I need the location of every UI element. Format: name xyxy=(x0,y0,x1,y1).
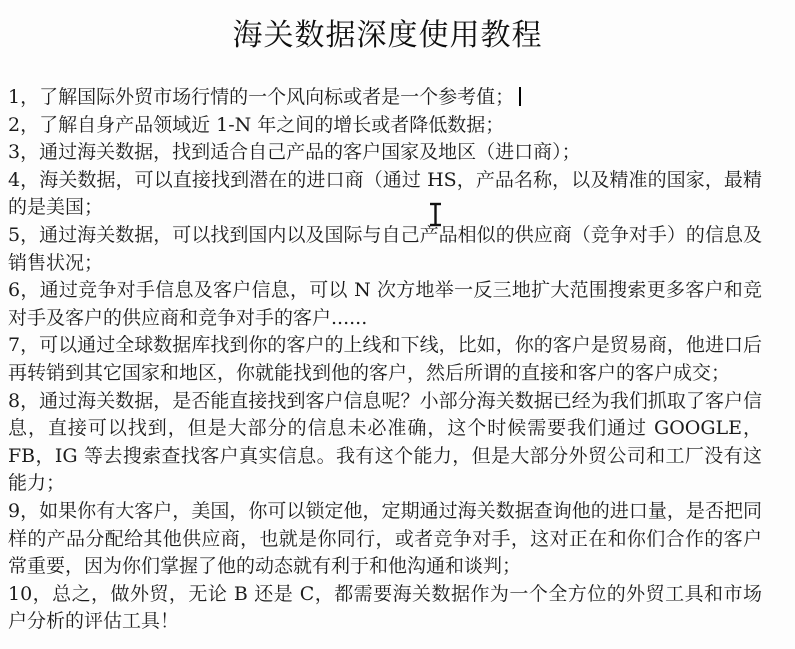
text-line-content: 2，了解自身产品领域近 1-N 年之间的增长或者降低数据； xyxy=(8,114,504,136)
document-page: 海关数据深度使用教程 1，了解国际外贸市场行情的一个风向标或者是一个参考值；2，… xyxy=(0,0,795,649)
text-line-content: 能力； xyxy=(8,472,65,494)
text-line-content: 1，了解国际外贸市场行情的一个风向标或者是一个参考值； xyxy=(8,86,514,108)
text-line-content: 再转销到其它国家和地区，你就能找到他的客户，然后所谓的直接和客户的客户成交； xyxy=(8,362,730,384)
text-line-content: 6，通过竞争对手信息及客户信息，可以 N 次方地举一反三地扩大范围搜索更多客户和… xyxy=(8,279,762,305)
text-line-content: 样的产品分配给其他供应商，也就是你同行，或者竞争对手，这对正在和你们合作的客户非 xyxy=(8,528,762,554)
text-line[interactable]: 9，如果你有大客户，美国，你可以锁定他，定期通过海关数据查询他的进口量，是否把同 xyxy=(8,498,762,526)
text-line-content: 的是美国； xyxy=(8,196,103,218)
text-line-content: 10，总之，做外贸，无论 B 还是 C，都需要海关数据作为一个全方位的外贸工具和… xyxy=(8,583,762,609)
text-line-content: 户分析的评估工具！ xyxy=(8,610,179,632)
text-line[interactable]: 1，了解国际外贸市场行情的一个风向标或者是一个参考值； xyxy=(8,84,762,112)
text-line[interactable]: 销售状况； xyxy=(8,250,762,278)
text-line-content: 9，如果你有大客户，美国，你可以锁定他，定期通过海关数据查询他的进口量，是否把同 xyxy=(8,500,762,522)
text-caret xyxy=(519,87,521,106)
text-line[interactable]: 7，可以通过全球数据库找到你的客户的上线和下线，比如，你的客户是贸易商，他进口后 xyxy=(8,332,762,360)
text-line-content: 息，直接可以找到，但是大部分的信息未必准确，这个时候需要我们通过 GOOGLE，… xyxy=(8,417,762,443)
paragraph[interactable]: 1，了解国际外贸市场行情的一个风向标或者是一个参考值； xyxy=(8,84,762,112)
document-text-area[interactable]: 1，了解国际外贸市场行情的一个风向标或者是一个参考值；2，了解自身产品领域近 1… xyxy=(8,84,762,636)
paragraph[interactable]: 6，通过竞争对手信息及客户信息，可以 N 次方地举一反三地扩大范围搜索更多客户和… xyxy=(8,277,762,332)
text-line-content: 7，可以通过全球数据库找到你的客户的上线和下线，比如，你的客户是贸易商，他进口后 xyxy=(8,334,762,356)
text-line[interactable]: 5，通过海关数据，可以找到国内以及国际与自己产品相似的供应商（竞争对手）的信息及 xyxy=(8,222,762,250)
paragraph[interactable]: 7，可以通过全球数据库找到你的客户的上线和下线，比如，你的客户是贸易商，他进口后… xyxy=(8,332,762,387)
text-line[interactable]: 样的产品分配给其他供应商，也就是你同行，或者竞争对手，这对正在和你们合作的客户非 xyxy=(8,526,762,554)
document-title[interactable]: 海关数据深度使用教程 xyxy=(0,10,775,54)
paragraph[interactable]: 9，如果你有大客户，美国，你可以锁定他，定期通过海关数据查询他的进口量，是否把同… xyxy=(8,498,762,581)
text-line-content: 4，海关数据，可以直接找到潜在的进口商（通过 HS，产品名称，以及精准的国家，最… xyxy=(8,169,762,195)
text-line[interactable]: 息，直接可以找到，但是大部分的信息未必准确，这个时候需要我们通过 GOOGLE，… xyxy=(8,415,762,443)
text-line[interactable]: 3，通过海关数据，找到适合自己产品的客户国家及地区（进口商）； xyxy=(8,139,762,167)
paragraph[interactable]: 2，了解自身产品领域近 1-N 年之间的增长或者降低数据； xyxy=(8,112,762,140)
text-line[interactable]: 再转销到其它国家和地区，你就能找到他的客户，然后所谓的直接和客户的客户成交； xyxy=(8,360,762,388)
text-line[interactable]: 户分析的评估工具！ xyxy=(8,608,762,636)
text-line[interactable]: 10，总之，做外贸，无论 B 还是 C，都需要海关数据作为一个全方位的外贸工具和… xyxy=(8,581,762,609)
text-line[interactable]: 2，了解自身产品领域近 1-N 年之间的增长或者降低数据； xyxy=(8,112,762,140)
paragraph[interactable]: 4，海关数据，可以直接找到潜在的进口商（通过 HS，产品名称，以及精准的国家，最… xyxy=(8,167,762,222)
paragraph[interactable]: 5，通过海关数据，可以找到国内以及国际与自己产品相似的供应商（竞争对手）的信息及… xyxy=(8,222,762,277)
text-line-content: 常重要，因为你们掌握了他的动态就有利于和他沟通和谈判； xyxy=(8,555,521,577)
text-line[interactable]: 6，通过竞争对手信息及客户信息，可以 N 次方地举一反三地扩大范围搜索更多客户和… xyxy=(8,277,762,305)
paragraph[interactable]: 10，总之，做外贸，无论 B 还是 C，都需要海关数据作为一个全方位的外贸工具和… xyxy=(8,581,762,636)
text-line-content: 3，通过海关数据，找到适合自己产品的客户国家及地区（进口商）； xyxy=(8,141,581,163)
text-line-content: 对手及客户的供应商和竞争对手的客户...... xyxy=(8,307,367,329)
text-line[interactable]: 的是美国； xyxy=(8,194,762,222)
text-line[interactable]: 能力； xyxy=(8,470,762,498)
text-line-content: FB，IG 等去搜索查找客户真实信息。我有这个能力，但是大部分外贸公司和工厂没有… xyxy=(8,445,762,471)
text-line[interactable]: FB，IG 等去搜索查找客户真实信息。我有这个能力，但是大部分外贸公司和工厂没有… xyxy=(8,443,762,471)
text-line[interactable]: 4，海关数据，可以直接找到潜在的进口商（通过 HS，产品名称，以及精准的国家，最… xyxy=(8,167,762,195)
text-line-content: 5，通过海关数据，可以找到国内以及国际与自己产品相似的供应商（竞争对手）的信息及 xyxy=(8,224,762,246)
text-line-content: 8，通过海关数据，是否能直接找到客户信息呢？小部分海关数据已经为我们抓取了客户信 xyxy=(8,390,762,412)
text-line-content: 销售状况； xyxy=(8,252,103,274)
paragraph[interactable]: 3，通过海关数据，找到适合自己产品的客户国家及地区（进口商）； xyxy=(8,139,762,167)
text-line[interactable]: 常重要，因为你们掌握了他的动态就有利于和他沟通和谈判； xyxy=(8,553,762,581)
text-line[interactable]: 8，通过海关数据，是否能直接找到客户信息呢？小部分海关数据已经为我们抓取了客户信 xyxy=(8,388,762,416)
text-line[interactable]: 对手及客户的供应商和竞争对手的客户...... xyxy=(8,305,762,333)
paragraph[interactable]: 8，通过海关数据，是否能直接找到客户信息呢？小部分海关数据已经为我们抓取了客户信… xyxy=(8,388,762,498)
